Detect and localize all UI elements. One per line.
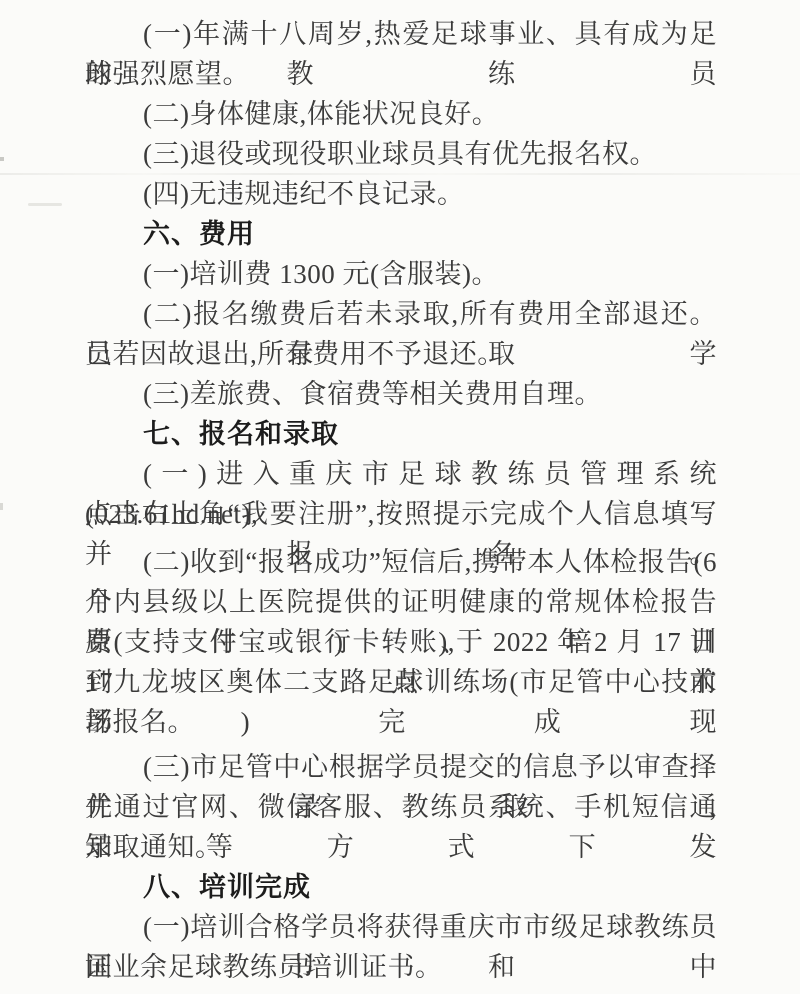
document-body: (一)年满十八周岁,热爱足球事业、具有成为足球教练员 的强烈愿望。 (二)身体健… xyxy=(85,14,717,987)
text-line: 并通过官网、微信客服、教练员系统、手机短信通知等方式下发 xyxy=(85,787,717,827)
text-line: 月内县级以上医院提供的证明健康的常规体检报告原件)、培训 xyxy=(85,582,717,622)
text-line: (一)进入重庆市足球教练员管理系统(023.61hd.net), xyxy=(85,454,717,494)
text-line: (四)无违规违纪不良记录。 xyxy=(85,174,717,214)
text-line: 点击右上角“我要注册”,按照提示完成个人信息填写并报名。 xyxy=(85,494,717,534)
text-line: (一)培训费 1300 元(含服装)。 xyxy=(85,254,717,294)
text-line: (三)退役或现役职业球员具有优先报名权。 xyxy=(85,134,717,174)
text-line: 费(支持支付宝或银行卡转账),于 2022 年 2 月 17 日 17 点前 xyxy=(85,622,717,662)
document-page: (一)年满十八周岁,热爱足球事业、具有成为足球教练员 的强烈愿望。 (二)身体健… xyxy=(0,0,800,994)
text-line: (一)培训合格学员将获得重庆市市级足球教练员证书和中 xyxy=(85,907,717,947)
text-line: 到九龙坡区奥体二支路足球训练场(市足管中心技术部)完成现 xyxy=(85,662,717,702)
text-line: (三)差旅费、食宿费等相关费用自理。 xyxy=(85,374,717,414)
scan-smudge-artifact xyxy=(28,203,62,206)
text-line: (二)报名缴费后若未录取,所有费用全部退还。已录取学 xyxy=(85,294,717,334)
text-line: (二)身体健康,体能状况良好。 xyxy=(85,94,717,134)
scan-speck-artifact xyxy=(0,157,4,161)
section-heading: 六、费用 xyxy=(85,214,717,254)
section-heading: 七、报名和录取 xyxy=(85,414,717,454)
text-line: (三)市足管中心根据学员提交的信息予以审查择优录取, xyxy=(85,747,717,787)
scan-speck-artifact xyxy=(0,503,3,510)
section-heading: 八、培训完成 xyxy=(85,867,717,907)
text-line: (二)收到“报名成功”短信后,携带本人体检报告(6 个 xyxy=(85,542,717,582)
text-line: (一)年满十八周岁,热爱足球事业、具有成为足球教练员 xyxy=(85,14,717,54)
